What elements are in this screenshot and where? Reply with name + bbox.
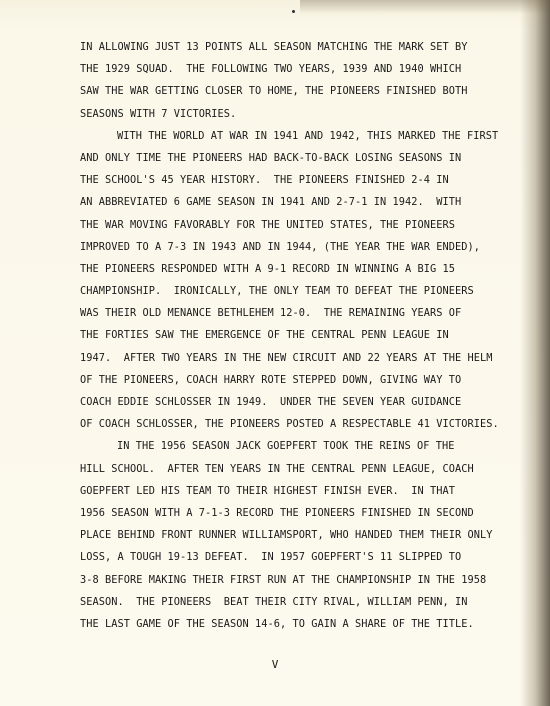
paragraph: WITH THE WORLD AT WAR IN 1941 AND 1942, … <box>80 125 550 436</box>
text-line: SEASON. THE PIONEERS BEAT THEIR CITY RIV… <box>80 591 550 613</box>
text-line: WITH THE WORLD AT WAR IN 1941 AND 1942, … <box>80 125 550 147</box>
text-line: 1947. AFTER TWO YEARS IN THE NEW CIRCUIT… <box>80 347 550 369</box>
text-line: THE SCHOOL'S 45 YEAR HISTORY. THE PIONEE… <box>80 169 550 191</box>
text-line: HILL SCHOOL. AFTER TEN YEARS IN THE CENT… <box>80 458 550 480</box>
text-line: OF COACH SCHLOSSER, THE PIONEERS POSTED … <box>80 413 550 435</box>
text-line: 1956 SEASON WITH A 7-1-3 RECORD THE PION… <box>80 502 550 524</box>
text-line: THE WAR MOVING FAVORABLY FOR THE UNITED … <box>80 214 550 236</box>
page-number: V <box>265 658 285 671</box>
text-line: THE LAST GAME OF THE SEASON 14-6, TO GAI… <box>80 613 550 635</box>
text-line: OF THE PIONEERS, COACH HARRY ROTE STEPPE… <box>80 369 550 391</box>
text-line: LOSS, A TOUGH 19-13 DEFEAT. IN 1957 GOEP… <box>80 546 550 568</box>
text-line: IN ALLOWING JUST 13 POINTS ALL SEASON MA… <box>80 36 550 58</box>
text-line: CHAMPIONSHIP. IRONICALLY, THE ONLY TEAM … <box>80 280 550 302</box>
scanned-page: IN ALLOWING JUST 13 POINTS ALL SEASON MA… <box>0 0 550 706</box>
text-line: COACH EDDIE SCHLOSSER IN 1949. UNDER THE… <box>80 391 550 413</box>
text-line: IMPROVED TO A 7-3 IN 1943 AND IN 1944, (… <box>80 236 550 258</box>
text-line: PLACE BEHIND FRONT RUNNER WILLIAMSPORT, … <box>80 524 550 546</box>
page-shadow <box>300 0 550 14</box>
paragraph: IN ALLOWING JUST 13 POINTS ALL SEASON MA… <box>80 36 550 125</box>
text-line: SAW THE WAR GETTING CLOSER TO HOME, THE … <box>80 80 550 102</box>
speck-mark <box>292 10 295 13</box>
text-line: IN THE 1956 SEASON JACK GOEPFERT TOOK TH… <box>80 435 550 457</box>
text-line: THE PIONEERS RESPONDED WITH A 9-1 RECORD… <box>80 258 550 280</box>
text-line: THE FORTIES SAW THE EMERGENCE OF THE CEN… <box>80 324 550 346</box>
text-line: 3-8 BEFORE MAKING THEIR FIRST RUN AT THE… <box>80 569 550 591</box>
text-line: SEASONS WITH 7 VICTORIES. <box>80 103 550 125</box>
text-line: THE 1929 SQUAD. THE FOLLOWING TWO YEARS,… <box>80 58 550 80</box>
body-text: IN ALLOWING JUST 13 POINTS ALL SEASON MA… <box>80 36 550 635</box>
text-line: GOEPFERT LED HIS TEAM TO THEIR HIGHEST F… <box>80 480 550 502</box>
paragraph: IN THE 1956 SEASON JACK GOEPFERT TOOK TH… <box>80 435 550 635</box>
text-line: AND ONLY TIME THE PIONEERS HAD BACK-TO-B… <box>80 147 550 169</box>
text-line: AN ABBREVIATED 6 GAME SEASON IN 1941 AND… <box>80 191 550 213</box>
text-line: WAS THEIR OLD MENANCE BETHLEHEM 12-0. TH… <box>80 302 550 324</box>
